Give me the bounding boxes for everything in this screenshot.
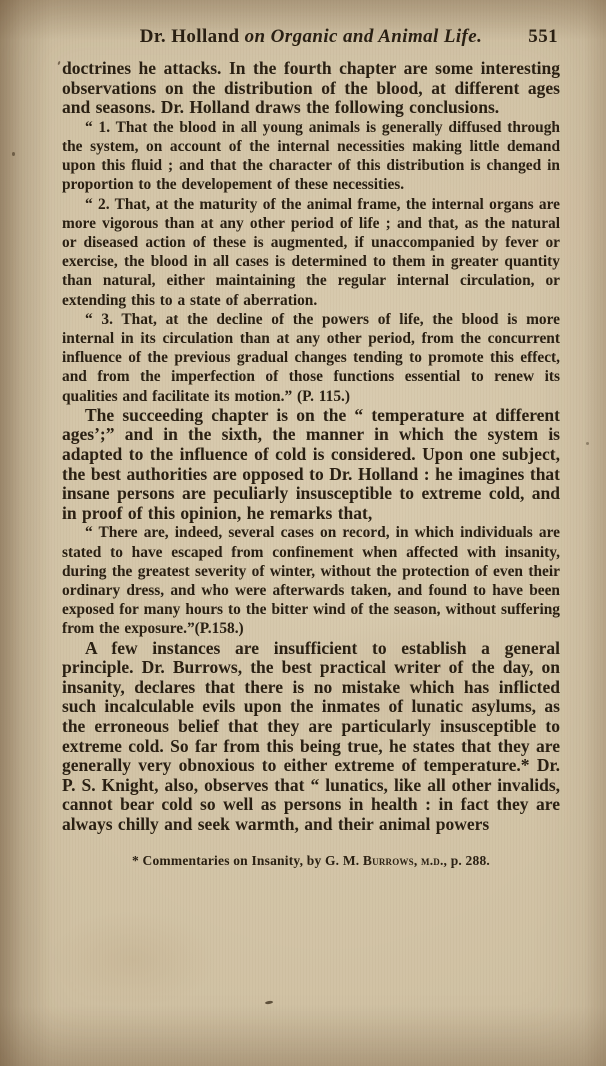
page-content: Dr. Holland on Organic and Animal Life. … — [0, 0, 606, 869]
footnote-author: Burrows — [363, 853, 414, 868]
book-page: Dr. Holland on Organic and Animal Life. … — [0, 0, 606, 1066]
footnote-separator: , — [414, 853, 421, 868]
quote-paragraph-2: “ 2. That, at the maturity of the animal… — [62, 195, 560, 310]
footnote-marker: * — [132, 853, 143, 868]
quote-paragraph-3: “ 3. That, at the decline of the powers … — [62, 310, 560, 406]
running-head-title: on Organic and Animal Life. — [245, 26, 483, 47]
ink-speck — [586, 442, 589, 445]
footnote-text-before: Commentaries on Insanity, by G. M. — [143, 853, 363, 868]
quote-paragraph-1: “ 1. That the blood in all young animals… — [62, 118, 560, 195]
footnote: * Commentaries on Insanity, by G. M. Bur… — [62, 853, 560, 869]
body-paragraph-2: The succeeding chapter is on the “ tempe… — [62, 406, 560, 524]
body-paragraph-3: A few instances are insufficient to esta… — [62, 639, 560, 835]
ink-speck — [12, 152, 15, 156]
footnote-text-after: , p. 288. — [444, 853, 490, 868]
body-paragraph-1: doctrines he attacks. In the fourth chap… — [62, 59, 560, 118]
page-number: 551 — [528, 26, 558, 48]
running-head-author: Dr. Holland — [140, 26, 245, 47]
ink-speck — [265, 1000, 273, 1004]
quote-paragraph-4: “ There are, indeed, several cases on re… — [62, 523, 560, 638]
footnote-degree: m.d. — [421, 853, 444, 868]
running-head: Dr. Holland on Organic and Animal Life. … — [62, 26, 560, 52]
